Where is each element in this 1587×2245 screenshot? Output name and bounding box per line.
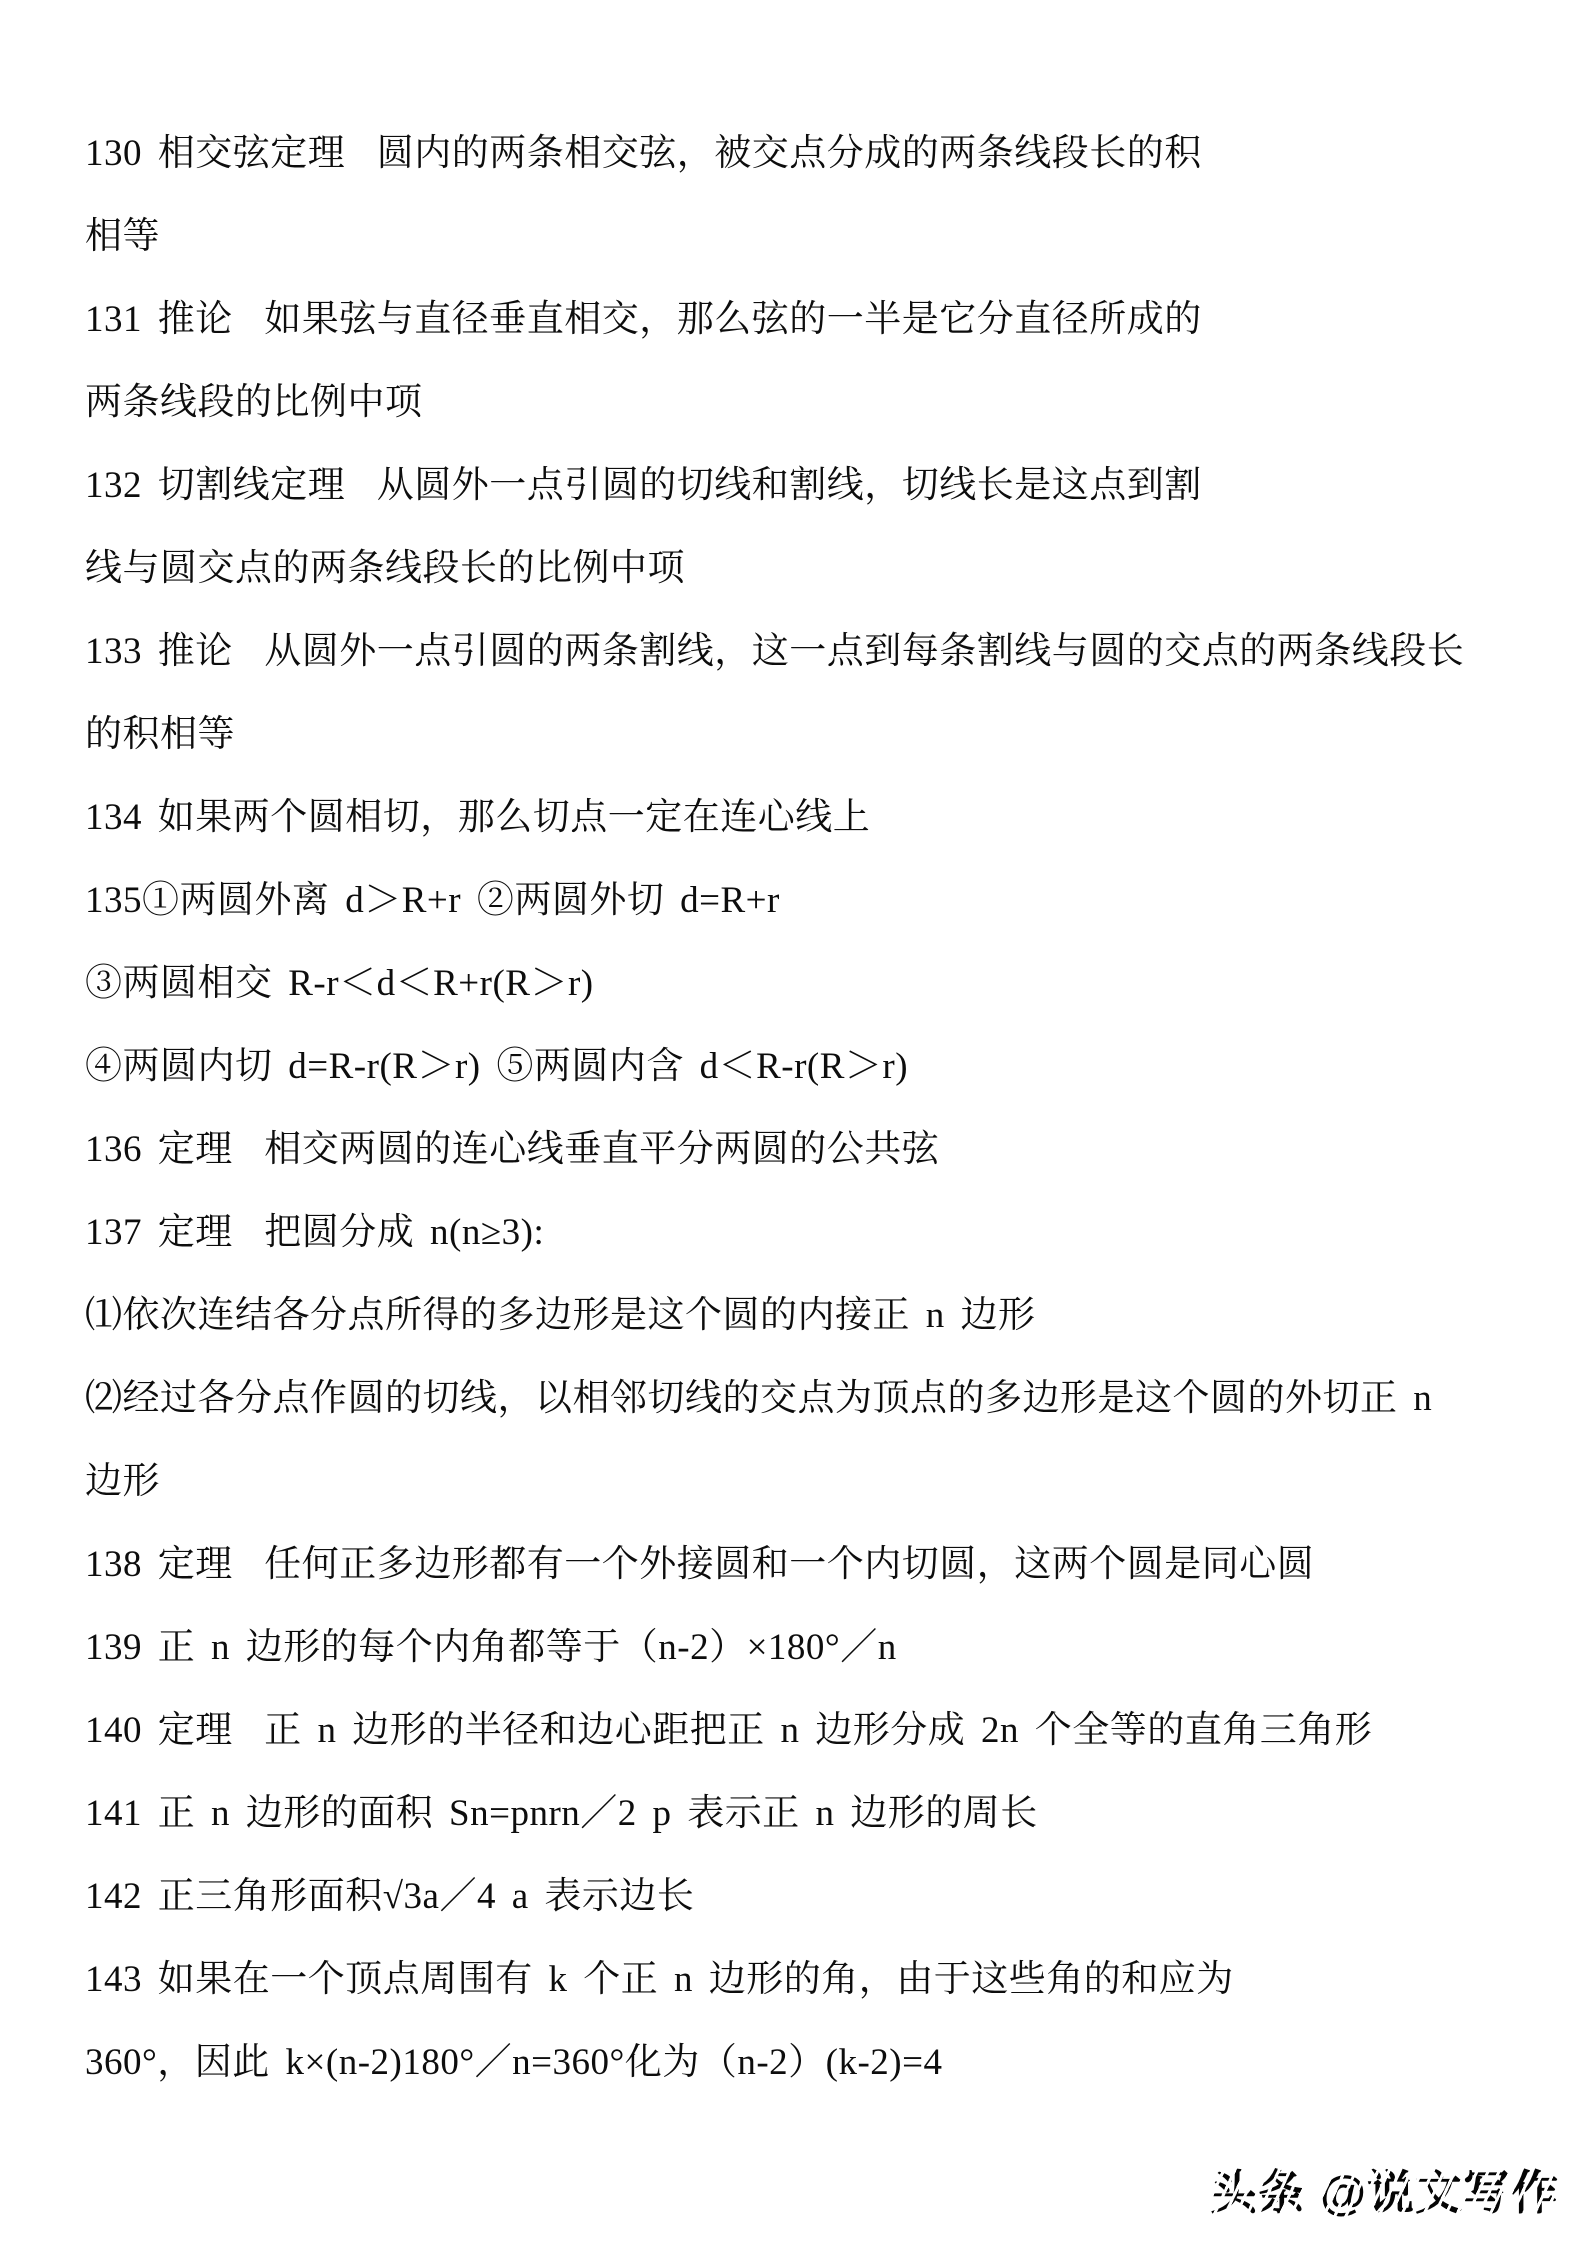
document-line-132a: 132 切割线定理 从圆外一点引圆的切线和割线，切线长是这点到割 [85, 444, 1552, 527]
document-line-143a: 143 如果在一个顶点周围有 k 个正 n 边形的角，由于这些角的和应为 [85, 1938, 1552, 2021]
document-line-135a: 135①两圆外离 d＞R+r ②两圆外切 d=R+r [85, 859, 1552, 942]
document-line-132b: 线与圆交点的两条线段长的比例中项 [85, 527, 1552, 610]
document-line-136: 136 定理 相交两圆的连心线垂直平分两圆的公共弦 [85, 1108, 1552, 1191]
document-line-130a: 130 相交弦定理 圆内的两条相交弦，被交点分成的两条线段长的积 [85, 112, 1552, 195]
document-line-137: 137 定理 把圆分成 n(n≥3): [85, 1191, 1552, 1274]
document-line-135b: ③两圆相交 R-r＜d＜R+r(R＞r) [85, 942, 1552, 1025]
document-line-143b: 360°，因此 k×(n-2)180°／n=360°化为（n-2）(k-2)=4 [85, 2021, 1552, 2104]
document-line-140: 140 定理 正 n 边形的半径和边心距把正 n 边形分成 2n 个全等的直角三… [85, 1689, 1552, 1772]
document-line-135c: ④两圆内切 d=R-r(R＞r) ⑤两圆内含 d＜R-r(R＞r) [85, 1025, 1552, 1108]
document-line-142: 142 正三角形面积√3a／4 a 表示边长 [85, 1855, 1552, 1938]
document-line-131b: 两条线段的比例中项 [85, 361, 1552, 444]
document-line-130b: 相等 [85, 195, 1552, 278]
document-line-134: 134 如果两个圆相切，那么切点一定在连心线上 [85, 776, 1552, 859]
document-line-133b: 的积相等 [85, 693, 1552, 776]
document-line-141: 141 正 n 边形的面积 Sn=pnrn／2 p 表示正 n 边形的周长 [85, 1772, 1552, 1855]
document-line-133a: 133 推论 从圆外一点引圆的两条割线，这一点到每条割线与圆的交点的两条线段长 [85, 610, 1552, 693]
document-line-138: 138 定理 任何正多边形都有一个外接圆和一个内切圆，这两个圆是同心圆 [85, 1523, 1552, 1606]
document-line-137-sub2a: ⑵经过各分点作圆的切线，以相邻切线的交点为顶点的多边形是这个圆的外切正 n [85, 1357, 1552, 1440]
document-line-139: 139 正 n 边形的每个内角都等于（n-2）×180°／n [85, 1606, 1552, 1689]
document-line-137-sub1: ⑴依次连结各分点所得的多边形是这个圆的内接正 n 边形 [85, 1274, 1552, 1357]
document-page: 130 相交弦定理 圆内的两条相交弦，被交点分成的两条线段长的积 相等 131 … [85, 112, 1552, 2104]
document-line-137-sub2b: 边形 [85, 1440, 1552, 1523]
watermark: 头条 @说文写作 [1210, 2156, 1559, 2223]
document-line-131a: 131 推论 如果弦与直径垂直相交，那么弦的一半是它分直径所成的 [85, 278, 1552, 361]
